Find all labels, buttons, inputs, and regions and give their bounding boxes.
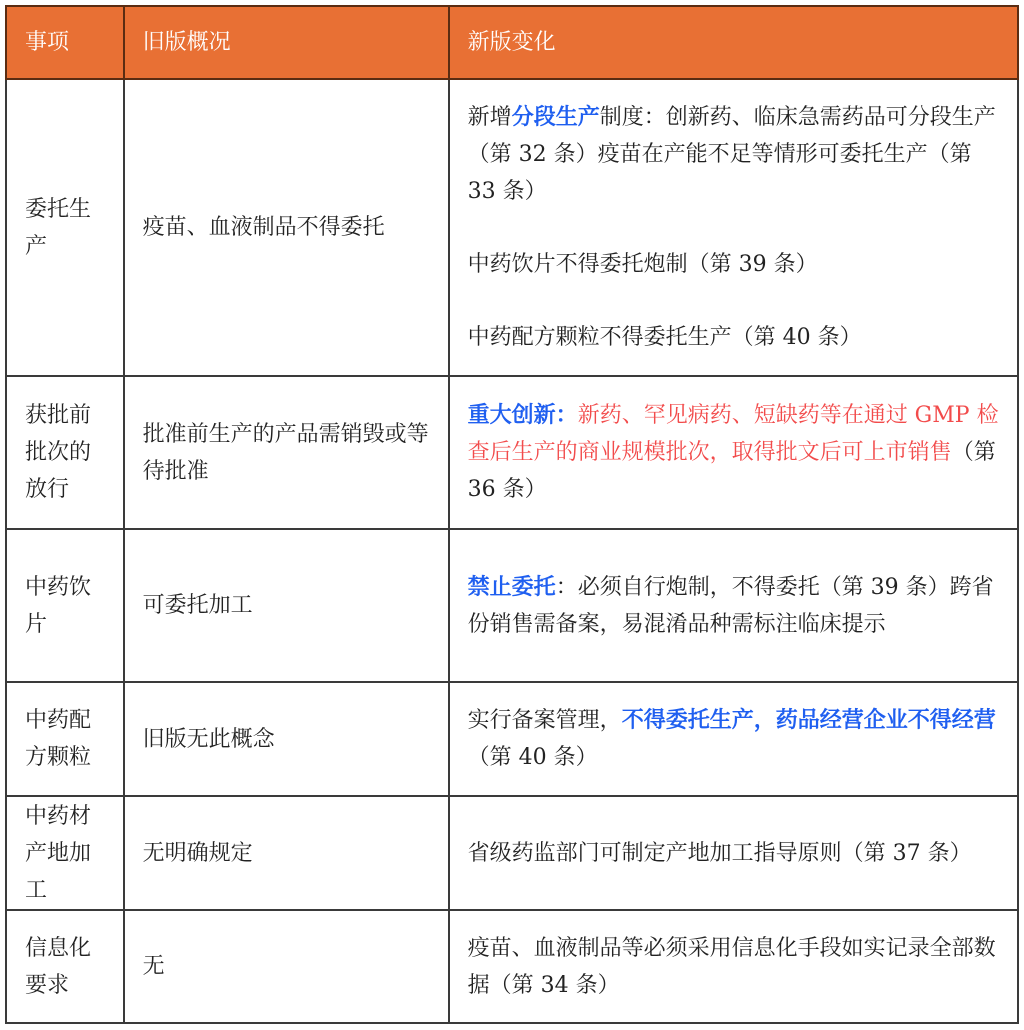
new-version-paragraph: 中药饮片不得委托炮制（第 39 条） bbox=[468, 246, 999, 283]
header-item: 事项 bbox=[6, 6, 124, 79]
text-segment: ， bbox=[754, 708, 776, 733]
article-reference: （第 40 条） bbox=[468, 745, 598, 770]
highlight-bold: 分段生产 bbox=[512, 105, 600, 130]
old-version-cell: 疫苗、血液制品不得委托 bbox=[124, 79, 449, 376]
table-row: 获批前批次的放行 批准前生产的产品需销毁或等待批准 重大创新：新药、罕见病药、短… bbox=[6, 376, 1018, 529]
regulation-comparison-table: 事项 旧版概况 新版变化 委托生产 疫苗、血液制品不得委托 新增分段生产制度：创… bbox=[5, 5, 1019, 1024]
table-row: 信息化要求 无 疫苗、血液制品等必须采用信息化手段如实记录全部数据（第 34 条… bbox=[6, 910, 1018, 1023]
table-row: 中药饮片 可委托加工 禁止委托：必须自行炮制，不得委托（第 39 条）跨省份销售… bbox=[6, 529, 1018, 682]
new-version-cell: 禁止委托：必须自行炮制，不得委托（第 39 条）跨省份销售需备案，易混淆品种需标… bbox=[449, 529, 1018, 682]
old-version-cell: 旧版无此概念 bbox=[124, 682, 449, 796]
header-old-version: 旧版概况 bbox=[124, 6, 449, 79]
item-cell: 委托生产 bbox=[6, 79, 124, 376]
table-header-row: 事项 旧版概况 新版变化 bbox=[6, 6, 1018, 79]
table-row: 中药配方颗粒 旧版无此概念 实行备案管理，不得委托生产，药品经营企业不得经营（第… bbox=[6, 682, 1018, 796]
header-new-version: 新版变化 bbox=[449, 6, 1018, 79]
old-version-cell: 批准前生产的产品需销毁或等待批准 bbox=[124, 376, 449, 529]
new-version-cell: 新增分段生产制度：创新药、临床急需药品可分段生产（第 32 条）疫苗在产能不足等… bbox=[449, 79, 1018, 376]
new-version-cell: 省级药监部门可制定产地加工指导原则（第 37 条） bbox=[449, 796, 1018, 910]
table-row: 委托生产 疫苗、血液制品不得委托 新增分段生产制度：创新药、临床急需药品可分段生… bbox=[6, 79, 1018, 376]
item-cell: 信息化要求 bbox=[6, 910, 124, 1023]
new-version-cell: 重大创新：新药、罕见病药、短缺药等在通过 GMP 检查后生产的商业规模批次，取得… bbox=[449, 376, 1018, 529]
highlight-bold: 药品经营企业不得经营 bbox=[776, 708, 996, 733]
old-version-cell: 可委托加工 bbox=[124, 529, 449, 682]
new-version-cell: 实行备案管理，不得委托生产，药品经营企业不得经营（第 40 条） bbox=[449, 682, 1018, 796]
item-cell: 中药配方颗粒 bbox=[6, 682, 124, 796]
highlight-bold: 重大创新： bbox=[468, 403, 578, 428]
item-cell: 获批前批次的放行 bbox=[6, 376, 124, 529]
text-segment: 新增 bbox=[468, 105, 512, 130]
table-row: 中药材产地加工 无明确规定 省级药监部门可制定产地加工指导原则（第 37 条） bbox=[6, 796, 1018, 910]
item-cell: 中药饮片 bbox=[6, 529, 124, 682]
highlight-bold: 不得委托生产 bbox=[622, 708, 754, 733]
text-segment: 实行备案管理， bbox=[468, 708, 622, 733]
new-version-paragraph: 中药配方颗粒不得委托生产（第 40 条） bbox=[468, 319, 999, 356]
item-cell: 中药材产地加工 bbox=[6, 796, 124, 910]
new-version-cell: 疫苗、血液制品等必须采用信息化手段如实记录全部数据（第 34 条） bbox=[449, 910, 1018, 1023]
new-version-paragraph: 新增分段生产制度：创新药、临床急需药品可分段生产（第 32 条）疫苗在产能不足等… bbox=[468, 99, 999, 210]
highlight-bold: 禁止委托 bbox=[468, 575, 556, 600]
old-version-cell: 无 bbox=[124, 910, 449, 1023]
old-version-cell: 无明确规定 bbox=[124, 796, 449, 910]
